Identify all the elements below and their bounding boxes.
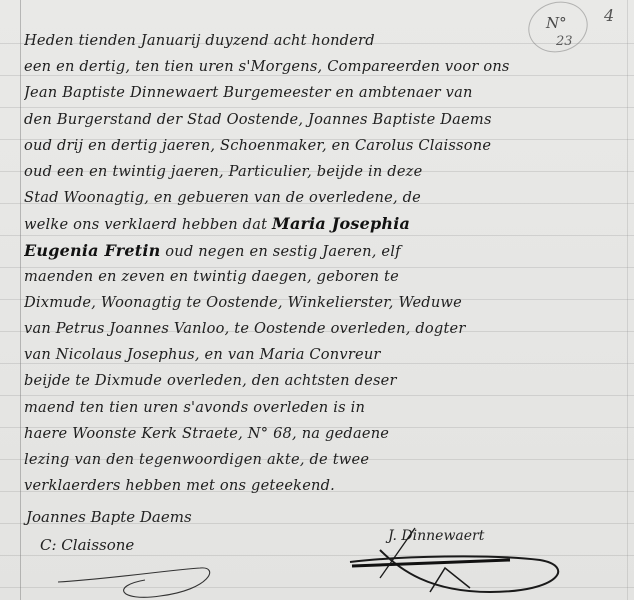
text-line: haere Woonste Kerk Straete, N° 68, na ge…: [24, 421, 629, 447]
signatures-area: Joannes Bapte Daems C: Claissone J. Dinn…: [0, 500, 634, 600]
text-line: Heden tienden Januarij duyzend acht hond…: [24, 28, 629, 54]
register-entry-text: Heden tienden Januarij duyzend acht hond…: [24, 28, 629, 499]
text-line: Stad Woonagtig, en gebueren van de overl…: [24, 185, 629, 211]
text-line: Dixmude, Woonagtig te Oostende, Winkelie…: [24, 290, 629, 316]
official-signature-flourish-icon: [340, 520, 570, 600]
deceased-name-part-1: Maria Josephia: [272, 214, 410, 233]
text-line: van Nicolaus Josephus, en van Maria Conv…: [24, 342, 629, 368]
text-line-with-name: welke ons verklaerd hebben dat Maria Jos…: [24, 211, 629, 237]
text-line: oud een en twintig jaeren, Particulier, …: [24, 159, 629, 185]
signature-witness-1: Joannes Bapte Daems: [26, 508, 192, 526]
text-fragment: welke ons verklaerd hebben dat: [24, 216, 267, 233]
text-line: lezing van den tegenwoordigen akte, de t…: [24, 447, 629, 473]
text-line: van Petrus Joannes Vanloo, te Oostende o…: [24, 316, 629, 342]
text-line: een en dertig, ten tien uren s'Morgens, …: [24, 54, 629, 80]
witness-signature-flourish-icon: [50, 560, 220, 600]
signature-witness-2: C: Claissone: [40, 536, 134, 554]
text-line: Jean Baptiste Dinnewaert Burgemeester en…: [24, 80, 629, 106]
text-line: maend ten tien uren s'avonds overleden i…: [24, 395, 629, 421]
text-line: oud drij en dertig jaeren, Schoenmaker, …: [24, 133, 629, 159]
text-line: beijde te Dixmude overleden, den achtste…: [24, 368, 629, 394]
text-line: maenden en zeven en twintig daegen, gebo…: [24, 264, 629, 290]
entry-number: 4: [604, 6, 614, 25]
text-line: den Burgerstand der Stad Oostende, Joann…: [24, 107, 629, 133]
text-fragment: oud negen en sestig Jaeren, elf: [165, 243, 400, 260]
deceased-name-part-2: Eugenia Fretin: [24, 241, 160, 260]
text-line-with-name: Eugenia Fretin oud negen en sestig Jaere…: [24, 238, 629, 264]
document-page: N° 4 23 Heden tienden Januarij duyzend a…: [0, 0, 634, 600]
text-line: verklaerders hebben met ons geteekend.: [24, 473, 629, 499]
